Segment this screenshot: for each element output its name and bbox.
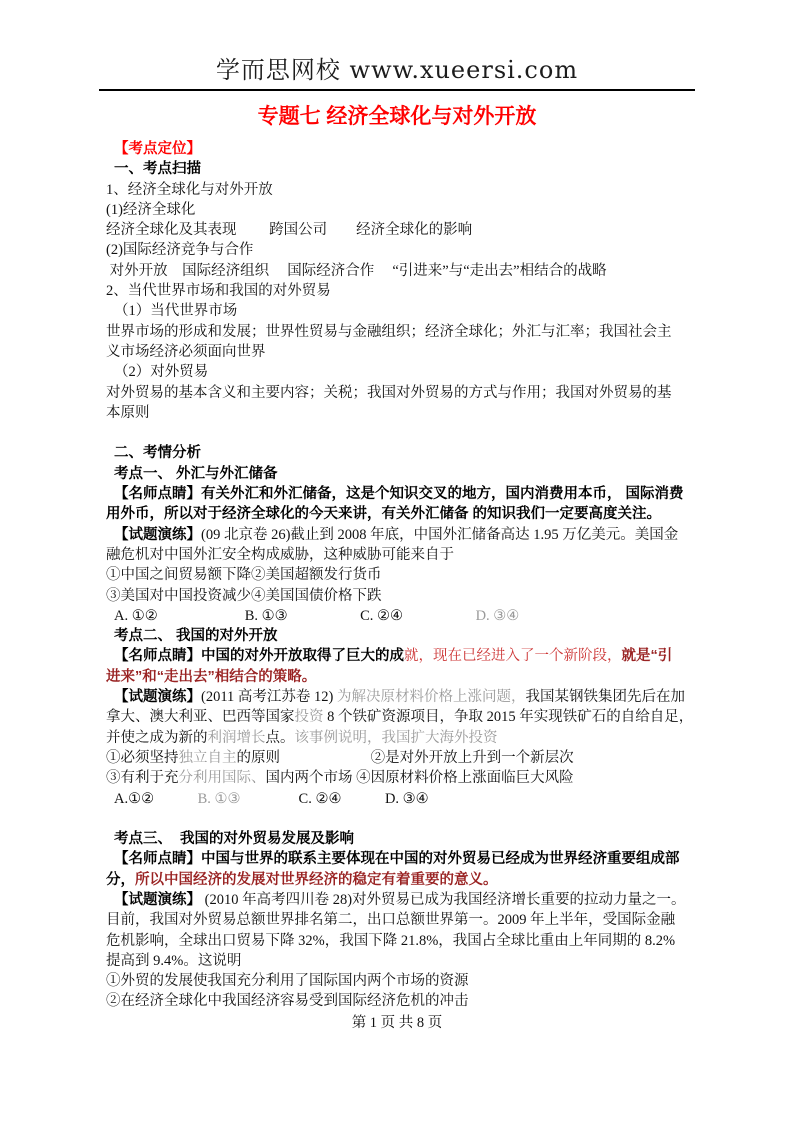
outline-item: 经济全球化及其表现 跨国公司 经济全球化的影响 (106, 220, 696, 240)
text-segment: （1）当代世界市场 (114, 303, 237, 319)
text-segment: 该事例说明，我国扩大海外投资 (295, 730, 498, 746)
text-segment: 【考点定位】 (114, 141, 201, 157)
question-line: 融危机对中国外汇安全构成威胁，这种威胁可能来自于 (106, 545, 696, 565)
document-body: 【考点定位】一、考点扫描1、经济全球化与对外开放(1)经济全球化经济全球化及其表… (106, 139, 696, 1012)
topic-heading: 考点三、 我国的对外贸易发展及影响 (106, 829, 696, 849)
document-page: 学而思网校 www.xueersi.com 专题七 经济全球化与对外开放 【考点… (0, 0, 794, 1123)
question-line: 拿大、澳大利亚、巴西等国家投资 8 个铁矿资源项目，争取 2015 年实现铁矿石… (106, 707, 696, 727)
text-segment: 【名师点睛】中国的对外开放取得了巨大的成 (114, 648, 404, 664)
outline-item: 对外开放 国际经济组织 国际经济合作 “引进来”与“走出去”相结合的战略 (106, 261, 696, 281)
text-segment: 经济全球化及其表现 跨国公司 经济全球化的影响 (106, 222, 472, 238)
outline-item: 2、当代世界市场和我国的对外贸易 (106, 281, 696, 301)
text-segment: 并使之成为新的 (106, 730, 208, 746)
text-segment: ①必须坚持 (106, 750, 179, 766)
question-line: 目前，我国对外贸易总额世界排名第二，出口总额世界第一。2009 年上半年，受国际… (106, 910, 696, 930)
text-segment: 对外贸易的基本含义和主要内容；关税；我国对外贸易的方式与作用；我国对外贸易的基 (106, 385, 672, 401)
text-segment: 【名师点睛】有关外汇和外汇储备，这是个知识交叉的地方，国内消费用本币， 国际消费 (114, 486, 684, 502)
teacher-tip-line: 用外币，所以对于经济全球化的今天来讲，有关外汇储备 的知识我们一定要高度关注。 (106, 504, 696, 524)
teacher-tip-line: 【名师点睛】中国的对外开放取得了巨大的成就，现在已经进入了一个新阶段，就是“引 (106, 646, 696, 666)
outline-item: 对外贸易的基本含义和主要内容；关税；我国对外贸易的方式与作用；我国对外贸易的基 (106, 383, 696, 403)
question-line: 【试题演练】(09 北京卷 26)截止到 2008 年底，中国外汇储备高达 1.… (106, 525, 696, 545)
text-segment: 【试题演练】 (114, 527, 201, 543)
text-segment: 2、当代世界市场和我国的对外贸易 (106, 283, 331, 299)
text-segment: ①中国之间贸易额下降②美国超额发行货币 (106, 567, 382, 583)
section-heading: 一、考点扫描 (106, 159, 696, 179)
text-segment: 分利用国际、 (179, 770, 266, 786)
question-option: ①外贸的发展使我国充分利用了国际国内两个市场的资源 (106, 971, 696, 991)
document-title: 专题七 经济全球化与对外开放 (0, 100, 794, 130)
text-segment: 国内两个市场 ④因原材料价格上涨面临巨大风险 (266, 770, 574, 786)
text-segment: 目前，我国对外贸易总额世界排名第二，出口总额世界第一。2009 年上半年，受国际… (106, 912, 675, 928)
text-segment: (2)国际经济竞争与合作 (106, 242, 253, 258)
text-segment: B. ①③ (198, 791, 241, 807)
question-option: ①必须坚持独立自主的原则 ②是对外开放上升到一个新层次 (106, 748, 696, 768)
text-segment: 8 个铁矿资源项目，争取 2015 年实现铁矿石的自给自足， (324, 709, 694, 725)
teacher-tip-line: 进来”和“走出去”相结合的策略。 (106, 667, 696, 687)
text-segment: 分， (106, 872, 135, 888)
text-segment: ③有利于充 (106, 770, 179, 786)
outline-item: (1)经济全球化 (106, 200, 696, 220)
text-segment: 拿大、澳大利亚、巴西等国家 (106, 709, 295, 725)
text-segment: 危机影响，全球出口贸易下降 32%，我国下降 21.8%，我国占全球比重由上年同… (106, 933, 675, 949)
question-option: ①中国之间贸易额下降②美国超额发行货币 (106, 565, 696, 585)
teacher-tip-line: 分，所以中国经济的发展对世界经济的稳定有着重要的意义。 (106, 870, 696, 890)
text-segment: 【试题演练】 (114, 689, 201, 705)
text-segment: 点。 (266, 730, 295, 746)
text-segment: 考点一、 外汇与外汇储备 (114, 466, 278, 482)
text-segment: 考点三、 我国的对外贸易发展及影响 (114, 831, 354, 847)
text-segment: 独立自主 (179, 750, 237, 766)
text-segment: 投资 (295, 709, 324, 725)
topic-heading: 考点二、 我国的对外开放 (106, 626, 696, 646)
exam-scope-label: 【考点定位】 (106, 139, 696, 159)
question-line: 提高到 9.4%。这说明 (106, 951, 696, 971)
answer-options-row: A. ①② B. ①③ C. ②④ D. ③④ (106, 606, 696, 626)
text-segment: 1、经济全球化与对外开放 (106, 182, 273, 198)
text-segment: ①外贸的发展使我国充分利用了国际国内两个市场的资源 (106, 973, 469, 989)
text-segment: 一、考点扫描 (114, 161, 201, 177)
question-option: ②在经济全球化中我国经济容易受到国际经济危机的冲击 (106, 991, 696, 1011)
teacher-tip-line: 【名师点睛】中国与世界的联系主要体现在中国的对外贸易已经成为世界经济重要组成部 (106, 849, 696, 869)
text-segment: 世界市场的形成和发展；世界性贸易与金融组织；经济全球化；外汇与汇率；我国社会主 (106, 324, 672, 340)
text-segment: 融危机对中国外汇安全构成威胁，这种威胁可能来自于 (106, 547, 454, 563)
text-segment: 本原则 (106, 405, 150, 421)
outline-item: 1、经济全球化与对外开放 (106, 180, 696, 200)
question-line: 危机影响，全球出口贸易下降 32%，我国下降 21.8%，我国占全球比重由上年同… (106, 931, 696, 951)
text-segment: ③美国对中国投资减少④美国国债价格下跌 (106, 588, 382, 604)
text-segment: (2011 高考江苏卷 12) (201, 689, 337, 705)
section-heading: 二、考情分析 (106, 443, 696, 463)
text-segment: 提高到 9.4%。这说明 (106, 953, 241, 969)
text-segment: (2010 年高考四川卷 28)对外贸易已成为我国经济增长重要的拉动力量之一。 (201, 892, 686, 908)
text-segment: A. ①② B. ①③ C. ②④ (114, 608, 476, 624)
outline-item: 义市场经济必须面向世界 (106, 342, 696, 362)
text-segment: 就，现在已经进入了一个新阶段， (404, 648, 622, 664)
text-segment: 所以中国经济的发展对世界经济的稳定有着重要的意义。 (135, 872, 498, 888)
question-line: 并使之成为新的利润增长点。该事例说明，我国扩大海外投资 (106, 728, 696, 748)
text-segment: 为解决原材料价格上涨问题， (337, 689, 526, 705)
footer-page-number: 第 1 页 共 8 页 (0, 1011, 794, 1032)
text-segment: 我国某钢铁集团先后在加 (526, 689, 686, 705)
topic-heading: 考点一、 外汇与外汇储备 (106, 464, 696, 484)
question-option: ③美国对中国投资减少④美国国债价格下跌 (106, 586, 696, 606)
outline-item: （1）当代世界市场 (106, 301, 696, 321)
question-line: 【试题演练】(2011 高考江苏卷 12) 为解决原材料价格上涨问题，我国某钢铁… (106, 687, 696, 707)
text-segment: 利润增长 (208, 730, 266, 746)
outline-item: 本原则 (106, 403, 696, 423)
question-line: 【试题演练】 (2010 年高考四川卷 28)对外贸易已成为我国经济增长重要的拉… (106, 890, 696, 910)
text-segment: 用外币，所以对于经济全球化的今天来讲，有关外汇储备 的知识我们一定要高度关注。 (106, 506, 661, 522)
spacer-line (106, 423, 696, 443)
text-segment: (09 北京卷 26)截止到 2008 年底，中国外汇储备高达 1.95 万亿美… (201, 527, 678, 543)
text-segment: 【试题演练】 (114, 892, 201, 908)
text-segment: 对外开放 国际经济组织 国际经济合作 “引进来”与“走出去”相结合的战略 (106, 263, 607, 279)
text-segment: （2）对外贸易 (114, 364, 208, 380)
page-header: 学而思网校 www.xueersi.com (99, 0, 695, 91)
text-segment: 的原则 ②是对外开放上升到一个新层次 (237, 750, 574, 766)
text-segment: ②在经济全球化中我国经济容易受到国际经济危机的冲击 (106, 993, 469, 1009)
text-segment: 义市场经济必须面向世界 (106, 344, 266, 360)
question-option: ③有利于充分利用国际、国内两个市场 ④因原材料价格上涨面临巨大风险 (106, 768, 696, 788)
text-segment: 进来”和“走出去”相结合的策略。 (106, 669, 316, 685)
site-logo-text: 学而思网校 www.xueersi.com (216, 50, 578, 89)
text-segment: A.①② (114, 791, 198, 807)
text-segment: (1)经济全球化 (106, 202, 195, 218)
teacher-tip-line: 【名师点睛】有关外汇和外汇储备，这是个知识交叉的地方，国内消费用本币， 国际消费 (106, 484, 696, 504)
text-segment: 就是“引 (622, 648, 673, 664)
text-segment: D. ③④ (476, 608, 520, 624)
answer-options-row: A.①② B. ①③ C. ②④ D. ③④ (106, 789, 696, 809)
spacer-line (106, 809, 696, 829)
text-segment: 考点二、 我国的对外开放 (114, 628, 278, 644)
text-segment: 【名师点睛】中国与世界的联系主要体现在中国的对外贸易已经成为世界经济重要组成部 (114, 851, 680, 867)
outline-item: 世界市场的形成和发展；世界性贸易与金融组织；经济全球化；外汇与汇率；我国社会主 (106, 322, 696, 342)
text-segment: 二、考情分析 (114, 445, 201, 461)
outline-item: (2)国际经济竞争与合作 (106, 240, 696, 260)
text-segment: C. ②④ D. ③④ (241, 791, 429, 807)
outline-item: （2）对外贸易 (106, 362, 696, 382)
